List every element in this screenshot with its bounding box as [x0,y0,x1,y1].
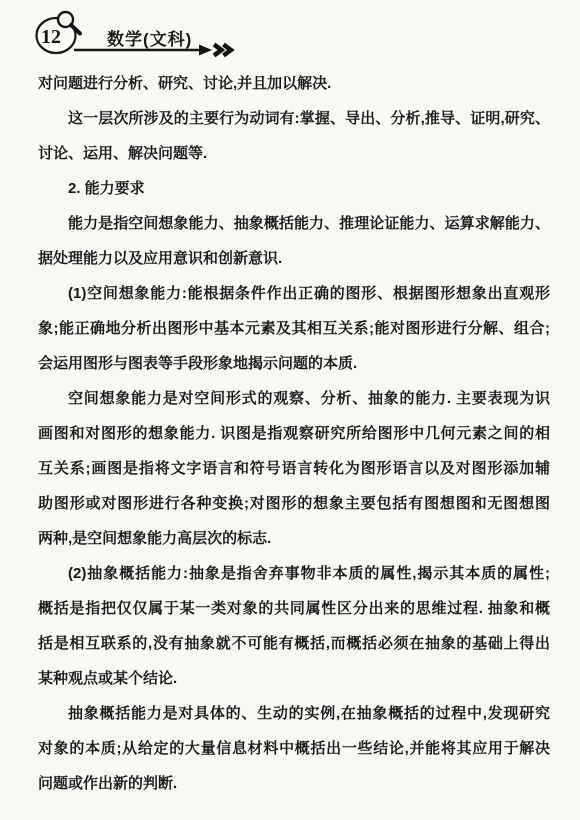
page-header: 12 数学(文科) [0,0,580,70]
text-line: 画图和对图形的想象能力. 识图是指观察研究所给图形中几何元素之间的相 [38,416,550,451]
text-line: 某种观点或某个结论. [38,661,550,696]
text-line: 这一层次所涉及的主要行为动词有:掌握、导出、分析,推导、证明,研究、 [38,101,550,136]
page-body: 对问题进行分析、研究、讨论,并且加以解决.这一层次所涉及的主要行为动词有:掌握、… [38,66,550,801]
text-line: (1)空间想象能力:能根据条件作出正确的图形、根据图形想象出直观形 [38,276,550,311]
text-lines: 对问题进行分析、研究、讨论,并且加以解决.这一层次所涉及的主要行为动词有:掌握、… [38,66,550,801]
text-line: 能力是指空间想象能力、抽象概括能力、推理论证能力、运算求解能力、数 [38,206,550,241]
text-line: 括是相互联系的,没有抽象就不可能有概括,而概括必须在抽象的基础上得出 [38,626,550,661]
text-line: 助图形或对图形进行各种变换;对图形的想象主要包括有图想图和无图想图 [38,486,550,521]
header-graphic: 12 [0,0,580,70]
text-line: 对象的本质;从给定的大量信息材料中概括出一些结论,并能将其应用于解决 [38,731,550,766]
page-number: 12 [41,26,61,48]
text-line: 会运用图形与图表等手段形象地揭示问题的本质. [38,346,550,381]
text-line: 2. 能力要求 [38,171,550,206]
text-line: 空间想象能力是对空间形式的观察、分析、抽象的能力. 主要表现为识图、 [38,381,550,416]
text-line: 据处理能力以及应用意识和创新意识. [38,241,550,276]
text-line: 抽象概括能力是对具体的、生动的实例,在抽象概括的过程中,发现研究 [38,696,550,731]
text-line: 问题或作出新的判断. [38,766,550,801]
text-line: 互关系;画图是指将文字语言和符号语言转化为图形语言以及对图形添加辅 [38,451,550,486]
arrows-icon [199,45,231,56]
text-line: 象;能正确地分析出图形中基本元素及其相互关系;能对图形进行分解、组合; [38,311,550,346]
document-page: 12 数学(文科) 对问题进行分析、研究、讨论,并且加以解决.这一层次所涉及的主… [0,0,580,820]
text-line: 概括是指把仅仅属于某一类对象的共同属性区分出来的思维过程. 抽象和概 [38,591,550,626]
text-line: (2)抽象概括能力:抽象是指舍弃事物非本质的属性,揭示其本质的属性; [38,556,550,591]
header-title: 数学(文科) [107,25,192,50]
text-line: 两种,是空间想象能力高层次的标志. [38,521,550,556]
text-line: 对问题进行分析、研究、讨论,并且加以解决. [38,66,550,101]
text-line: 讨论、运用、解决问题等. [38,136,550,171]
